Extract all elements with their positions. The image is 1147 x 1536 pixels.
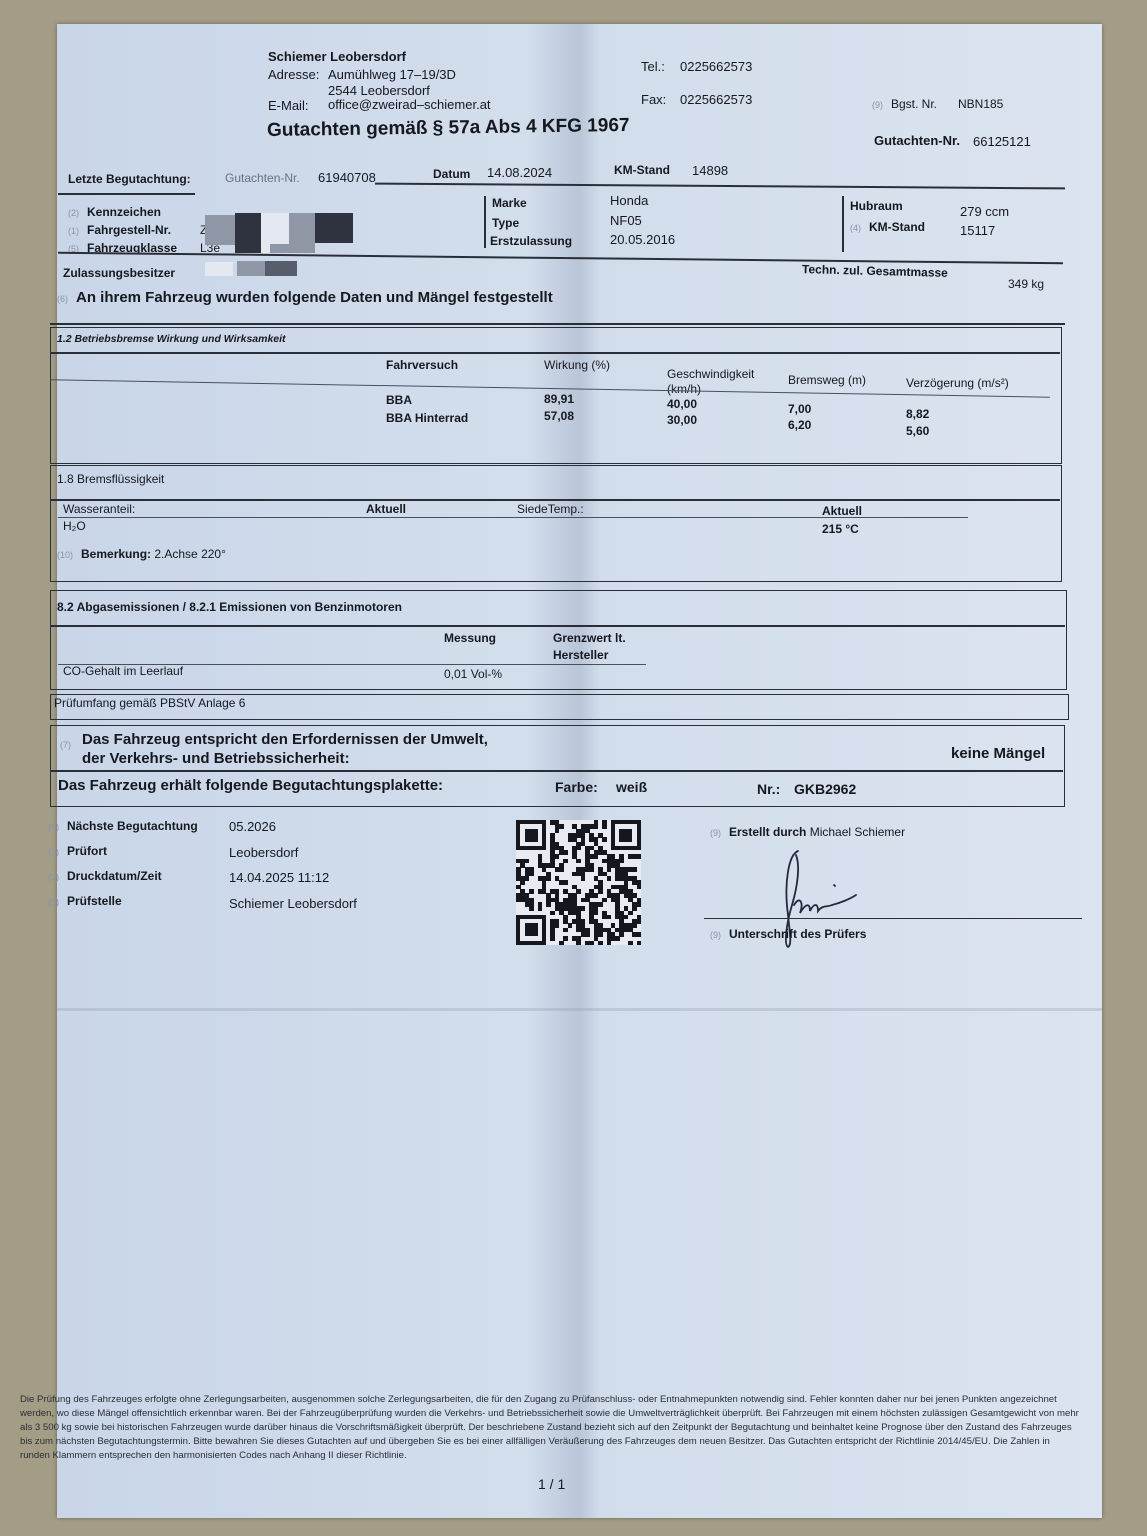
bemerkung-label: Bemerkung: — [81, 547, 151, 561]
emissions-title: 8.2 Abgasemissionen / 8.2.1 Emissionen v… — [57, 600, 402, 614]
last-gutachten-nr: 61940708 — [318, 170, 376, 185]
detail-value: Leobersdorf — [229, 845, 298, 860]
zulassungsbesitzer-label: Zulassungsbesitzer — [63, 266, 175, 280]
last-km-label: KM-Stand — [614, 163, 670, 177]
last-inspection-label: Letzte Begutachtung: — [68, 172, 191, 186]
fluid-title: 1.8 Bremsflüssigkeit — [57, 472, 164, 486]
last-datum: 14.08.2024 — [487, 165, 552, 180]
detail-label: Prüfstelle — [67, 894, 122, 908]
company-name: Schiemer Leobersdorf — [268, 49, 406, 64]
tel-label: Tel.: — [641, 59, 665, 74]
col-geschw: Geschwindigkeit — [667, 367, 754, 381]
unterschrift-code: (9) — [710, 930, 721, 940]
unterschrift-label: Unterschrift des Prüfers — [729, 927, 866, 941]
address-line2: 2544 Leobersdorf — [328, 83, 430, 98]
divider — [58, 517, 968, 518]
divider — [50, 499, 1060, 501]
fahrgestell-code: (1) — [68, 226, 79, 236]
bgst-value: NBN185 — [958, 97, 1003, 111]
row-name: BBA Hinterrad — [386, 411, 468, 425]
detail-label: Nächste Begutachtung — [67, 819, 198, 833]
marke-label: Marke — [492, 196, 527, 210]
detail-code: (3) — [48, 872, 59, 882]
detail-value: Schiemer Leobersdorf — [229, 896, 357, 911]
result-line2: der Verkehrs- und Betriebssicherheit: — [82, 750, 350, 767]
email-value: office@zweirad–schiemer.at — [328, 97, 491, 112]
detail-value: 05.2026 — [229, 819, 276, 834]
co-label: CO-Gehalt im Leerlauf — [63, 664, 183, 678]
last-km: 14898 — [692, 163, 728, 178]
type-label: Type — [492, 216, 519, 230]
last-datum-label: Datum — [433, 167, 470, 181]
co-value: 0,01 Vol-% — [444, 667, 502, 681]
type-value: NF05 — [610, 213, 642, 228]
last-gutachten-label: Gutachten-Nr. — [225, 171, 300, 185]
hubraum-value: 279 ccm — [960, 204, 1009, 219]
col-geschw-unit: (km/h) — [667, 382, 701, 396]
wasser-label: Wasseranteil: — [63, 502, 135, 516]
divider — [50, 625, 1065, 627]
row-verz: 8,82 — [906, 407, 929, 421]
divider — [842, 196, 844, 252]
findings-heading: An ihrem Fahrzeug wurden folgende Daten … — [76, 289, 553, 306]
detail-code: (9) — [48, 897, 59, 907]
row-geschw: 40,00 — [667, 397, 697, 411]
km-stand-code: (4) — [850, 223, 861, 233]
erstzulassung-label: Erstzulassung — [490, 234, 572, 248]
plakette-nr: GKB2962 — [794, 781, 856, 797]
address-label: Adresse: — [268, 67, 319, 82]
scope-text: Prüfumfang gemäß PBStV Anlage 6 — [54, 696, 245, 710]
siede-value: 215 °C — [822, 522, 859, 536]
fahrgestell-label: Fahrgestell-Nr. — [87, 223, 171, 237]
divider — [50, 323, 1065, 325]
kennzeichen-code: (2) — [68, 208, 79, 218]
gutachten-nr-value: 66125121 — [973, 134, 1031, 149]
row-bremsweg: 7,00 — [788, 402, 811, 416]
row-wirkung: 57,08 — [544, 409, 574, 423]
kennzeichen-label: Kennzeichen — [87, 205, 161, 219]
hubraum-label: Hubraum — [850, 199, 903, 213]
findings-code: (6) — [57, 294, 68, 304]
col-bremsweg: Bremsweg (m) — [788, 373, 866, 387]
bgst-code: (9) — [872, 100, 883, 110]
col-wirkung: Wirkung (%) — [544, 358, 610, 372]
paper-fold — [57, 1008, 1102, 1011]
nr-label: Nr.: — [757, 781, 780, 797]
h2o-label: H₂O — [63, 519, 86, 533]
erstellt-code: (9) — [710, 828, 721, 838]
col-fahrversuch: Fahrversuch — [386, 358, 458, 372]
signature-line — [704, 918, 1082, 919]
divider — [50, 770, 1063, 772]
detail-label: Prüfort — [67, 844, 107, 858]
col-verzoegerung: Verzögerung (m/s²) — [906, 376, 1009, 390]
erstellt-value: Michael Schiemer — [810, 825, 905, 839]
bemerkung-code: (10) — [57, 550, 73, 560]
row-wirkung: 89,91 — [544, 392, 574, 406]
aktuell2-label: Aktuell — [822, 504, 862, 518]
detail-value: 14.04.2025 11:12 — [229, 870, 329, 885]
detail-label: Druckdatum/Zeit — [67, 869, 162, 883]
verdict: keine Mängel — [951, 745, 1045, 762]
siede-label: SiedeTemp.: — [517, 502, 584, 516]
detail-code: (8) — [48, 822, 59, 832]
email-label: E-Mail: — [268, 98, 308, 113]
page-number: 1 / 1 — [538, 1476, 565, 1492]
erstzulassung-value: 20.05.2016 — [610, 232, 675, 247]
tel-value: 0225662573 — [680, 59, 752, 74]
fax-value: 0225662573 — [680, 92, 752, 107]
aktuell-label: Aktuell — [366, 502, 406, 516]
farbe-value: weiß — [616, 779, 647, 795]
row-geschw: 30,00 — [667, 413, 697, 427]
fax-label: Fax: — [641, 92, 666, 107]
km-stand-value: 15117 — [960, 223, 995, 238]
gutachten-nr-label: Gutachten-Nr. — [874, 133, 960, 148]
address-line1: Aumühlweg 17–19/3D — [328, 67, 456, 82]
farbe-label: Farbe: — [555, 779, 598, 795]
result-code: (7) — [60, 740, 71, 750]
messung-label: Messung — [444, 631, 496, 645]
row-verz: 5,60 — [906, 424, 929, 438]
result-line1: Das Fahrzeug entspricht den Erforderniss… — [82, 731, 488, 748]
km-stand-label: KM-Stand — [869, 220, 925, 234]
row-bremsweg: 6,20 — [788, 418, 811, 432]
divider — [50, 352, 1060, 354]
grenzwert-label: Grenzwert lt. — [553, 631, 626, 645]
plakette-label: Das Fahrzeug erhält folgende Begutachtun… — [58, 777, 443, 794]
divider — [484, 196, 486, 248]
bgst-label: Bgst. Nr. — [891, 97, 937, 111]
gesamtmasse-value: 349 kg — [1008, 277, 1044, 291]
detail-code: (3) — [48, 847, 59, 857]
qr-code-icon — [516, 820, 641, 945]
brake-title: 1.2 Betriebsbremse Wirkung und Wirksamke… — [57, 333, 286, 345]
erstellt-label: Erstellt durch — [729, 825, 806, 839]
marke-value: Honda — [610, 193, 648, 208]
divider — [58, 193, 195, 195]
row-name: BBA — [386, 393, 412, 407]
grenzwert-label2: Hersteller — [553, 648, 608, 662]
bemerkung-value: 2.Achse 220° — [154, 547, 226, 561]
legal-footer: Die Prüfung des Fahrzeuges erfolgte ohne… — [20, 1393, 1080, 1463]
fluid-section — [50, 465, 1062, 582]
